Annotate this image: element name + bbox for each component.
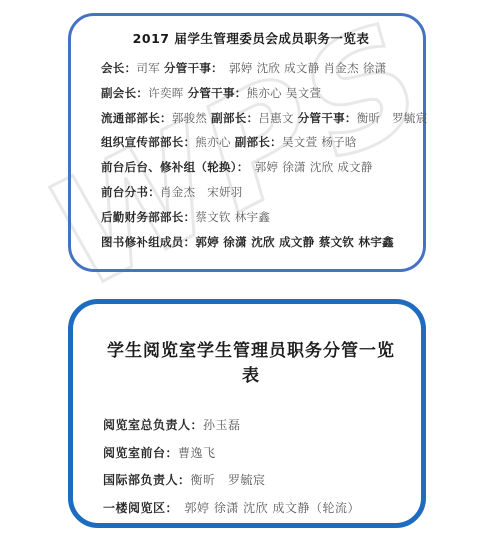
names-text: 曹逸飞 xyxy=(178,446,216,460)
roster-line: 副会长：许奕晖 分管干事：熊亦心 吴文萱 xyxy=(101,81,401,106)
role-label: 前台分书： xyxy=(101,185,160,199)
role-label: 一楼阅览区： xyxy=(103,501,172,515)
role-label: 图书修补组成员： xyxy=(101,235,195,249)
roster-line: 阅览室总负责人：孙玉磊 xyxy=(103,412,399,440)
names-text: 郭婷 徐潇 沈欣 成文静 xyxy=(243,160,373,174)
document-page: WPS 2017 届学生管理委员会成员职务一览表 会长：司军 分管干事： 郭婷 … xyxy=(0,0,500,548)
committee-roster-title: 2017 届学生管理委员会成员职务一览表 xyxy=(101,29,401,47)
roster-line: 前台分书：肖金杰 宋妍羽 xyxy=(101,180,401,205)
role-label: 阅览室总负责人： xyxy=(103,418,203,432)
role-label: 副部长： xyxy=(235,135,282,149)
names-text: 郭婷 徐潇 沈欣 成文静（轮流） xyxy=(172,501,360,515)
role-label: 组织宣传部部长： xyxy=(101,135,195,149)
names-text: 衡昕 罗毓宸 xyxy=(357,111,428,125)
role-label: 会长： xyxy=(101,61,136,75)
role-label: 后勤财务部部长： xyxy=(101,210,195,224)
roster-line: 国际部负责人：衡昕 罗毓宸 xyxy=(103,467,399,495)
role-label: 副部长： xyxy=(211,111,258,125)
names-text: 孙玉磊 xyxy=(203,418,241,432)
names-text: 衡昕 罗毓宸 xyxy=(191,473,266,487)
role-label: 国际部负责人： xyxy=(103,473,191,487)
role-label: 分管干事： xyxy=(298,111,357,125)
committee-roster-box: 2017 届学生管理委员会成员职务一览表 会长：司军 分管干事： 郭婷 沈欣 成… xyxy=(68,13,426,272)
role-label: 郭婷 徐潇 沈欣 成文静 蔡文钦 林宇鑫 xyxy=(195,235,394,249)
names-text: 吴文萱 杨子晗 xyxy=(282,135,357,149)
names-text: 司军 xyxy=(136,61,164,75)
names-text: 郭婷 沈欣 成文静 肖金杰 徐潇 xyxy=(217,61,386,75)
names-text: 许奕晖 xyxy=(148,86,187,100)
role-label: 流通部部长： xyxy=(101,111,172,125)
role-label: 分管干事： xyxy=(188,86,247,100)
reading-room-title: 学生阅览室学生管理员职务分管一览表 xyxy=(103,336,399,386)
reading-room-lines: 阅览室总负责人：孙玉磊阅览室前台：曹逸飞国际部负责人：衡昕 罗毓宸一楼阅览区： … xyxy=(103,412,399,522)
roster-line: 前台后台、修补组（轮换）： 郭婷 徐潇 沈欣 成文静 xyxy=(101,155,401,180)
roster-line: 流通部部长：郭骏然 副部长：吕惠文 分管干事：衡昕 罗毓宸 xyxy=(101,106,401,131)
role-label: 阅览室前台： xyxy=(103,446,178,460)
names-text: 郭骏然 xyxy=(172,111,211,125)
names-text: 熊亦心 xyxy=(195,135,234,149)
reading-room-box: 学生阅览室学生管理员职务分管一览表 阅览室总负责人：孙玉磊阅览室前台：曹逸飞国际… xyxy=(68,299,426,528)
roster-line: 一楼阅览区： 郭婷 徐潇 沈欣 成文静（轮流） xyxy=(103,495,399,523)
role-label: 分管干事： xyxy=(164,61,217,75)
names-text: 肖金杰 宋妍羽 xyxy=(160,185,243,199)
names-text: 吕惠文 xyxy=(258,111,297,125)
committee-roster-lines: 会长：司军 分管干事： 郭婷 沈欣 成文静 肖金杰 徐潇副会长：许奕晖 分管干事… xyxy=(101,56,401,254)
role-label: 前台后台、修补组（轮换）： xyxy=(101,160,243,174)
roster-line: 阅览室前台：曹逸飞 xyxy=(103,440,399,468)
roster-line: 会长：司军 分管干事： 郭婷 沈欣 成文静 肖金杰 徐潇 xyxy=(101,56,401,81)
names-text: 蔡文钦 林宇鑫 xyxy=(195,210,270,224)
roster-line: 组织宣传部部长：熊亦心 副部长：吴文萱 杨子晗 xyxy=(101,130,401,155)
roster-line: 图书修补组成员：郭婷 徐潇 沈欣 成文静 蔡文钦 林宇鑫 xyxy=(101,230,401,255)
names-text: 熊亦心 吴文萱 xyxy=(247,86,322,100)
role-label: 副会长： xyxy=(101,86,148,100)
roster-line: 后勤财务部部长：蔡文钦 林宇鑫 xyxy=(101,205,401,230)
